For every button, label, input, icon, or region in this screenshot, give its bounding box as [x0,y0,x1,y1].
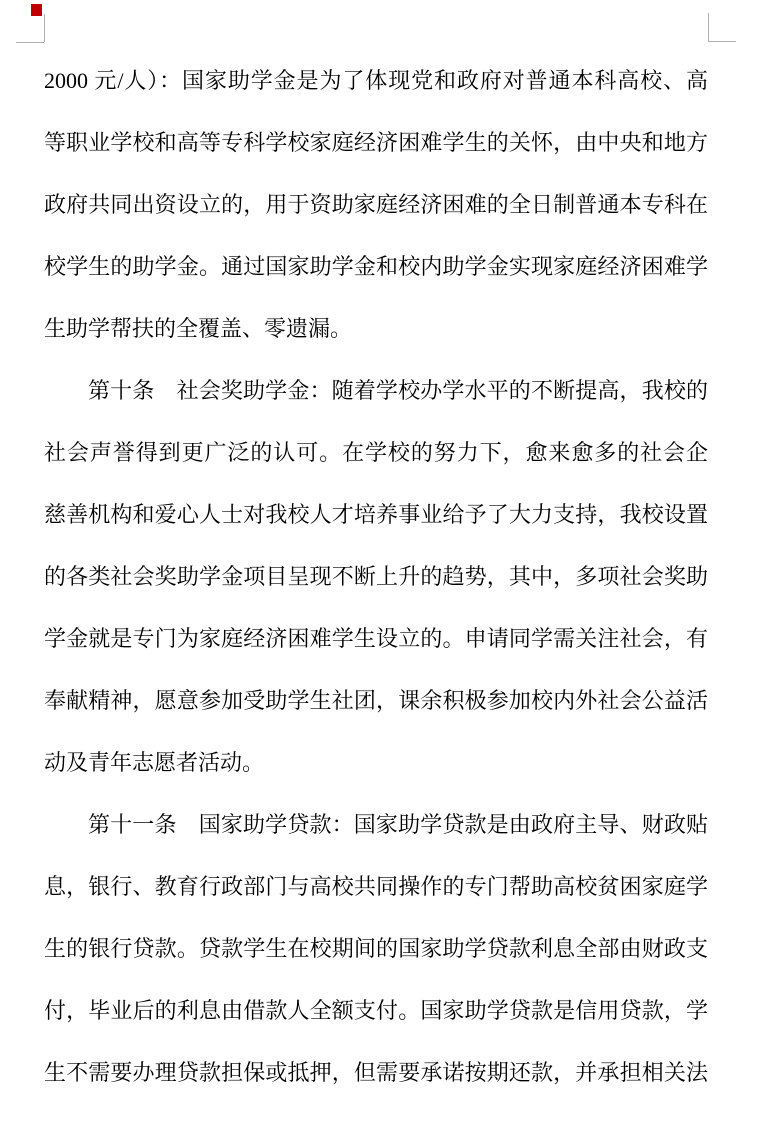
boundary-mark-vertical-line [708,13,709,41]
document-line: 奉献精神，愿意参加受助学生社团，课余积极参加校内外社会公益活 [44,670,708,732]
document-line: 生不需要办理贷款担保或抵押，但需要承诺按期还款，并承担相关法 [44,1042,708,1104]
document-line: 学金就是专门为家庭经济困难学生设立的。申请同学需关注社会，有 [44,608,708,670]
document-line: 政府共同出资设立的，用于资助家庭经济困难的全日制普通本专科在 [44,174,708,236]
document-line: 的各类社会奖助学金项目呈现不断上升的趋势，其中，多项社会奖助 [44,546,708,608]
boundary-mark-horizontal-line [16,42,44,43]
boundary-mark-horizontal-line [708,41,736,42]
document-line: 生的银行贷款。贷款学生在校期间的国家助学贷款利息全部由财政支 [44,918,708,980]
red-bookmark-icon [31,4,42,16]
document-line: 第十条 社会奖助学金：随着学校办学水平的不断提高，我校的 [44,360,708,422]
document-line: 动及青年志愿者活动。 [44,732,708,794]
paragraph-article-10-social-scholarship: 第十条 社会奖助学金：随着学校办学水平的不断提高，我校的 社会声誉得到更广泛的认… [44,360,708,794]
document-line: 校学生的助学金。通过国家助学金和校内助学金实现家庭经济困难学 [44,236,708,298]
document-line: 息，银行、教育行政部门与高校共同操作的专门帮助高校贫困家庭学 [44,856,708,918]
document-line: 生助学帮扶的全覆盖、零遗漏。 [44,298,708,360]
boundary-mark-vertical-line [44,14,45,42]
document-line: 付，毕业后的利息由借款人全额支付。国家助学贷款是信用贷款，学 [44,980,708,1042]
paragraph-national-grant: 2000 元/人）：国家助学金是为了体现党和政府对普通本科高校、高 等职业学校和… [44,50,708,360]
document-line: 社会声誉得到更广泛的认可。在学校的努力下，愈来愈多的社会企业、 [44,422,708,484]
document-line: 2000 元/人）：国家助学金是为了体现党和政府对普通本科高校、高 [44,50,708,112]
paragraph-article-11-national-student-loan: 第十一条 国家助学贷款：国家助学贷款是由政府主导、财政贴 息，银行、教育行政部门… [44,794,708,1104]
document-text-block: 2000 元/人）：国家助学金是为了体现党和政府对普通本科高校、高 等职业学校和… [44,50,708,1104]
document-page: 2000 元/人）：国家助学金是为了体现党和政府对普通本科高校、高 等职业学校和… [0,0,765,1142]
document-line: 第十一条 国家助学贷款：国家助学贷款是由政府主导、财政贴 [44,794,708,856]
document-line: 等职业学校和高等专科学校家庭经济困难学生的关怀，由中央和地方 [44,112,708,174]
document-line: 慈善机构和爱心人士对我校人才培养事业给予了大力支持，我校设置 [44,484,708,546]
